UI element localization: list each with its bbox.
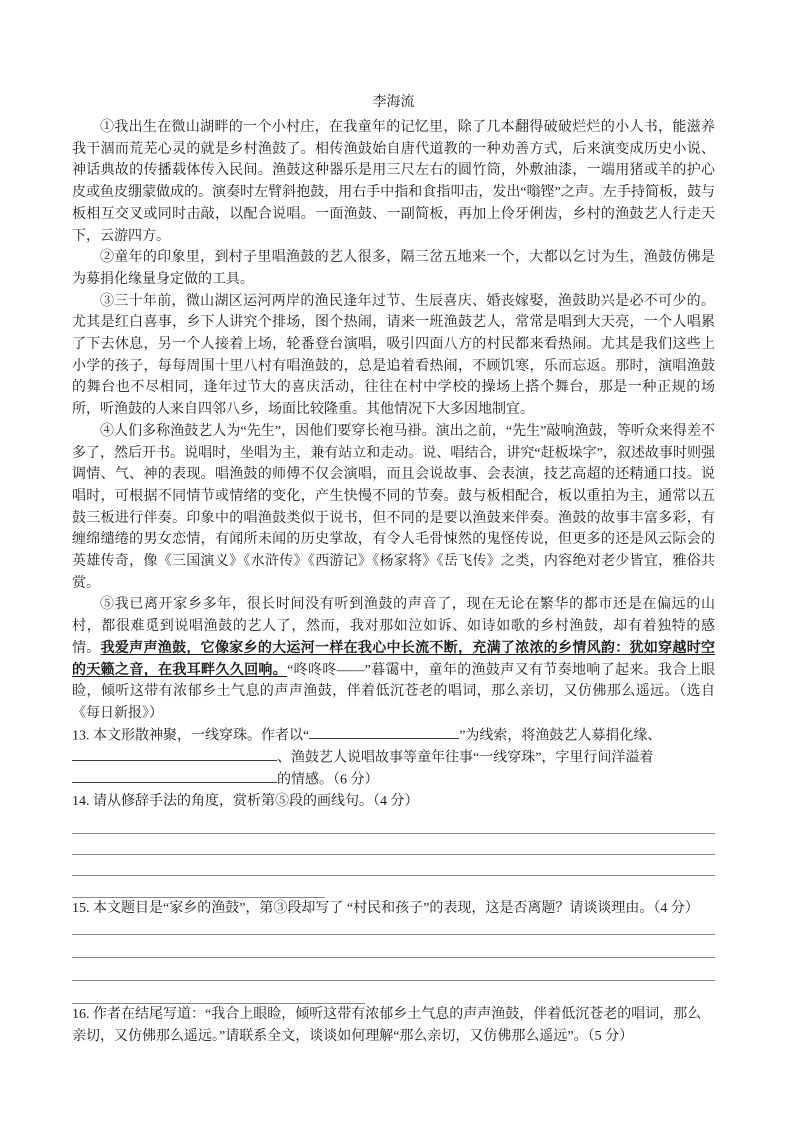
question-14-answer-area (72, 812, 715, 897)
question-13: 13. 本文形散神聚，一线穿珠。作者以“”为线索，将渔鼓艺人募捐化缘、、渔鼓艺人… (72, 725, 715, 791)
answer-line (72, 919, 715, 935)
answer-line (72, 855, 715, 876)
question-13-text-1: 13. 本文形散神聚，一线穿珠。作者以“ (72, 728, 309, 743)
question-13-text-4: 的情感。（6 分） (277, 772, 379, 787)
answer-blank-1 (309, 725, 459, 739)
paragraph-2: ②童年的印象里，到村子里唱渔鼓的艺人很多，隔三岔五地来一个，大都以乞讨为生，渔鼓… (72, 247, 715, 290)
answer-blank-3 (72, 769, 277, 783)
answer-line (72, 834, 715, 855)
question-15: 15. 本文题目是“家乡的渔鼓”，第③段却写了 “村民和孩子”的表现，这是否离题… (72, 898, 715, 920)
answer-line (72, 958, 715, 981)
question-13-text-2: ”为线索，将渔鼓艺人募捐化缘、 (459, 728, 661, 743)
paragraph-5: ⑤我已离开家乡多年，很长时间没有听到渔鼓的声音了，现在无论在繁华的都市还是在偏远… (72, 594, 715, 724)
question-14: 14. 请从修辞手法的角度，赏析第⑤段的画线句。（4 分） (72, 791, 715, 813)
answer-line (72, 935, 715, 958)
question-13-text-3: 、渔鼓艺人说唱故事等童年往事“一线穿珠”，字里行间洋溢着 (277, 750, 653, 765)
answer-line-short (72, 876, 325, 897)
paragraph-1: ①我出生在微山湖畔的一个小村庄，在我童年的记忆里，除了几本翻得破破烂烂的小人书，… (72, 117, 715, 247)
answer-blank-2 (72, 747, 277, 761)
answer-line-short (72, 981, 365, 1004)
paragraph-3: ③三十年前，微山湖区运河两岸的渔民逢年过节、生辰喜庆、婚丧嫁娶，渔鼓助兴是必不可… (72, 291, 715, 421)
author-name: 李海流 (72, 92, 715, 114)
exam-document-page: 李海流 ①我出生在微山湖畔的一个小村庄，在我童年的记忆里，除了几本翻得破破烂烂的… (0, 0, 793, 1122)
paragraph-4: ④人们多称渔鼓艺人为“先生”，因他们要穿长袍马褂。演出之前，“先生”敲响渔鼓，等… (72, 421, 715, 595)
question-15-answer-area (72, 919, 715, 1004)
answer-line (72, 812, 715, 833)
question-16: 16. 作者在结尾写道：“我合上眼睑，倾听这带有浓郁乡土气息的声声渔鼓，伴着低沉… (72, 1004, 715, 1047)
